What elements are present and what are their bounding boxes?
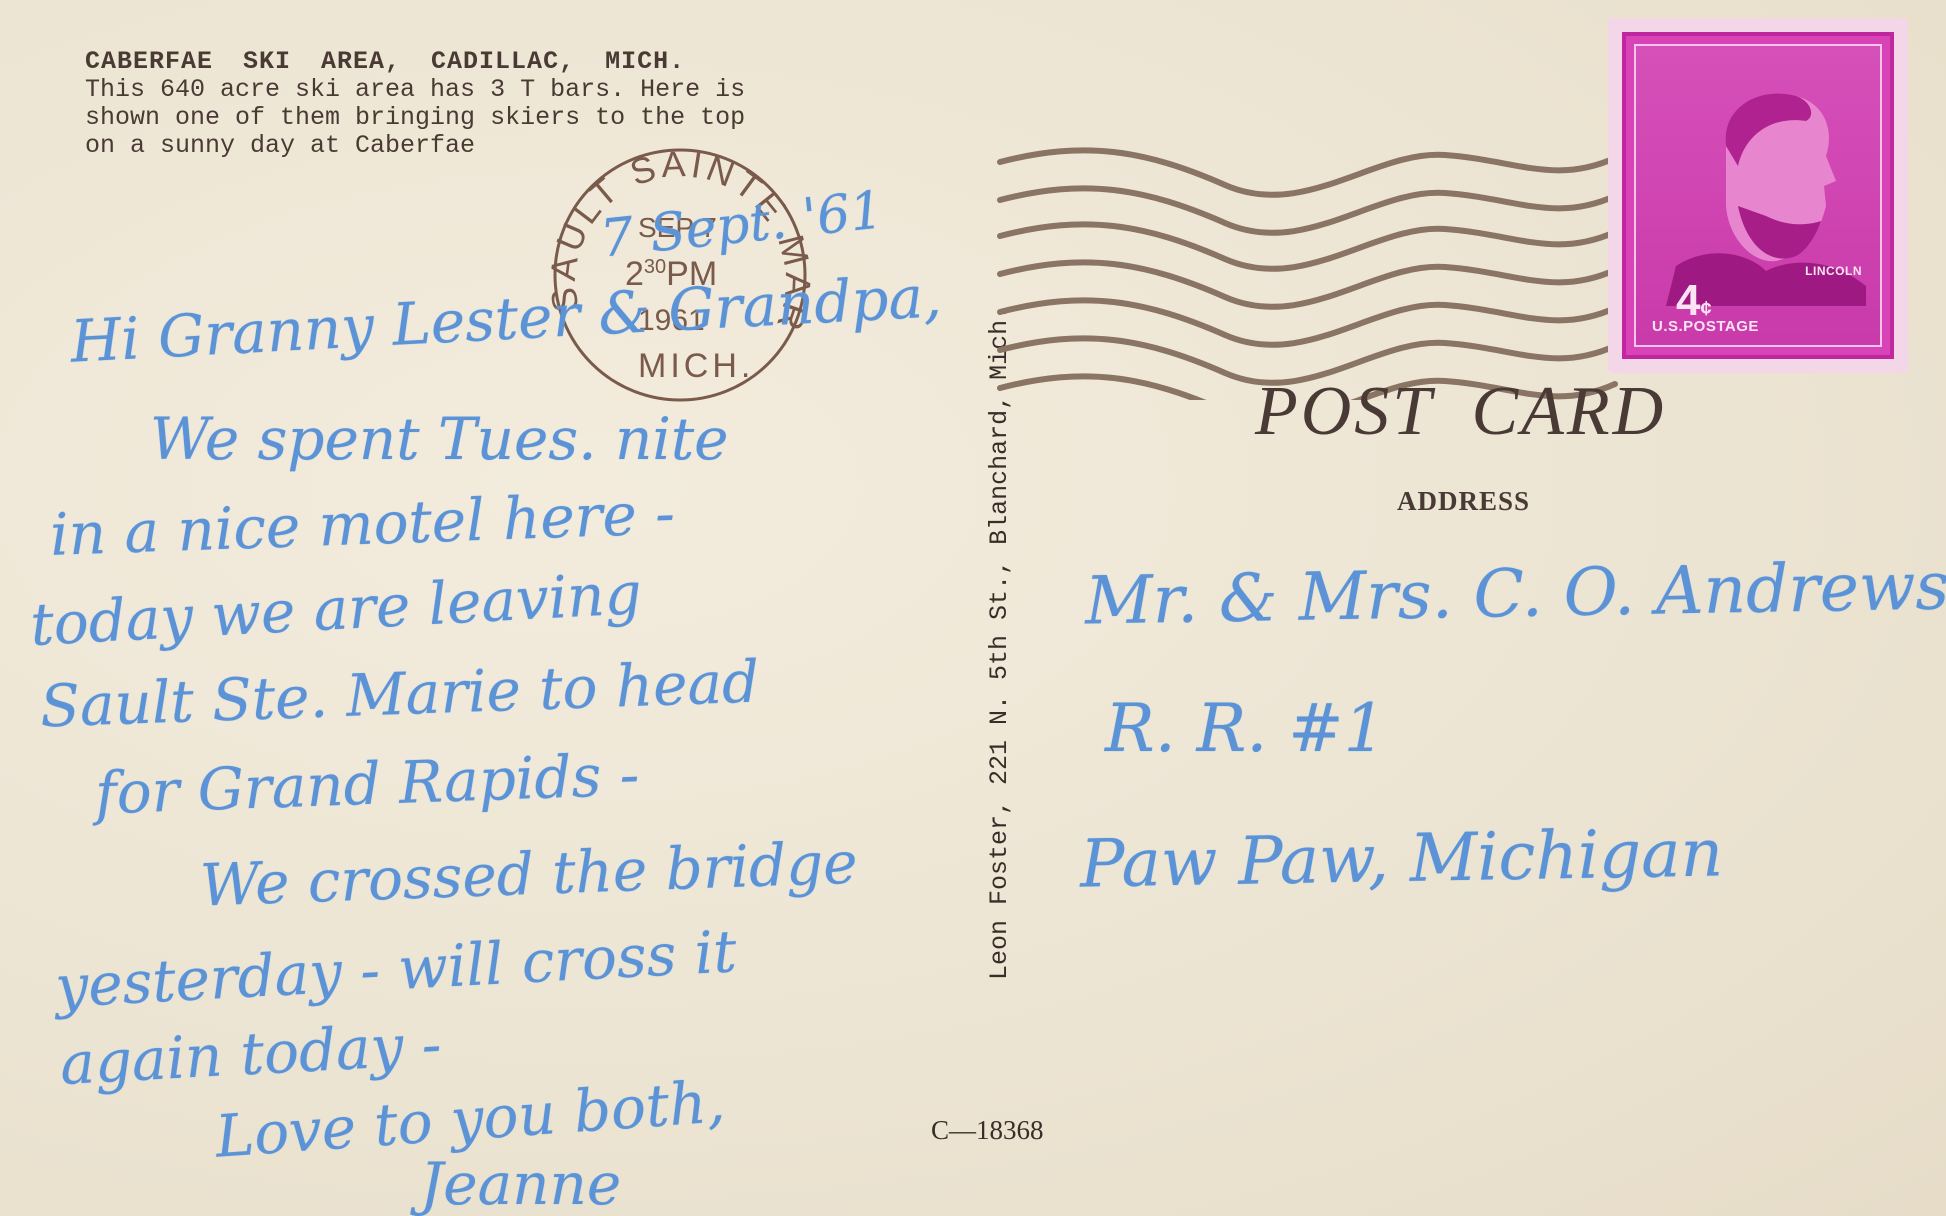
caption-line-1: This 640 acre ski area has 3 T bars. Her… — [85, 76, 925, 104]
post-card-heading: POST CARD — [1255, 372, 1666, 452]
postage-stamp: LINCOLN 4¢ U.S.POSTAGE — [1608, 18, 1908, 373]
postmark-state: MICH. — [638, 347, 754, 385]
message-line-2: We spent Tues. nite — [150, 405, 729, 473]
message-signature: Jeanne — [420, 1150, 621, 1216]
postcard-back: CABERFAE SKI AREA, CADILLAC, MICH. This … — [0, 0, 1946, 1216]
recipient-name: Mr. & Mrs. C. O. Andrews — [1084, 547, 1946, 639]
message-line-4: today we are leaving — [29, 559, 644, 659]
cancellation-wave-icon — [995, 130, 1625, 400]
message-line-7: We crossed the bridge — [199, 829, 859, 920]
catalog-number: C—18368 — [931, 1115, 1044, 1146]
recipient-city-state: Paw Paw, Michigan — [1079, 814, 1723, 902]
address-label: ADDRESS — [1397, 486, 1530, 517]
message-line-3: in a nice motel here - — [49, 479, 676, 569]
message-line-6: for Grand Rapids - — [94, 741, 640, 828]
message-line-8: yesterday - will cross it — [54, 917, 738, 1021]
recipient-route: R. R. #1 — [1105, 690, 1386, 767]
message-line-5: Sault Ste. Marie to head — [39, 647, 760, 740]
message-line-9: again today - — [58, 1010, 442, 1098]
caption-title: CABERFAE SKI AREA, CADILLAC, MICH. — [85, 48, 925, 76]
stamp-postage-label: U.S.POSTAGE — [1652, 318, 1759, 335]
stamp-name: LINCOLN — [1805, 264, 1862, 278]
